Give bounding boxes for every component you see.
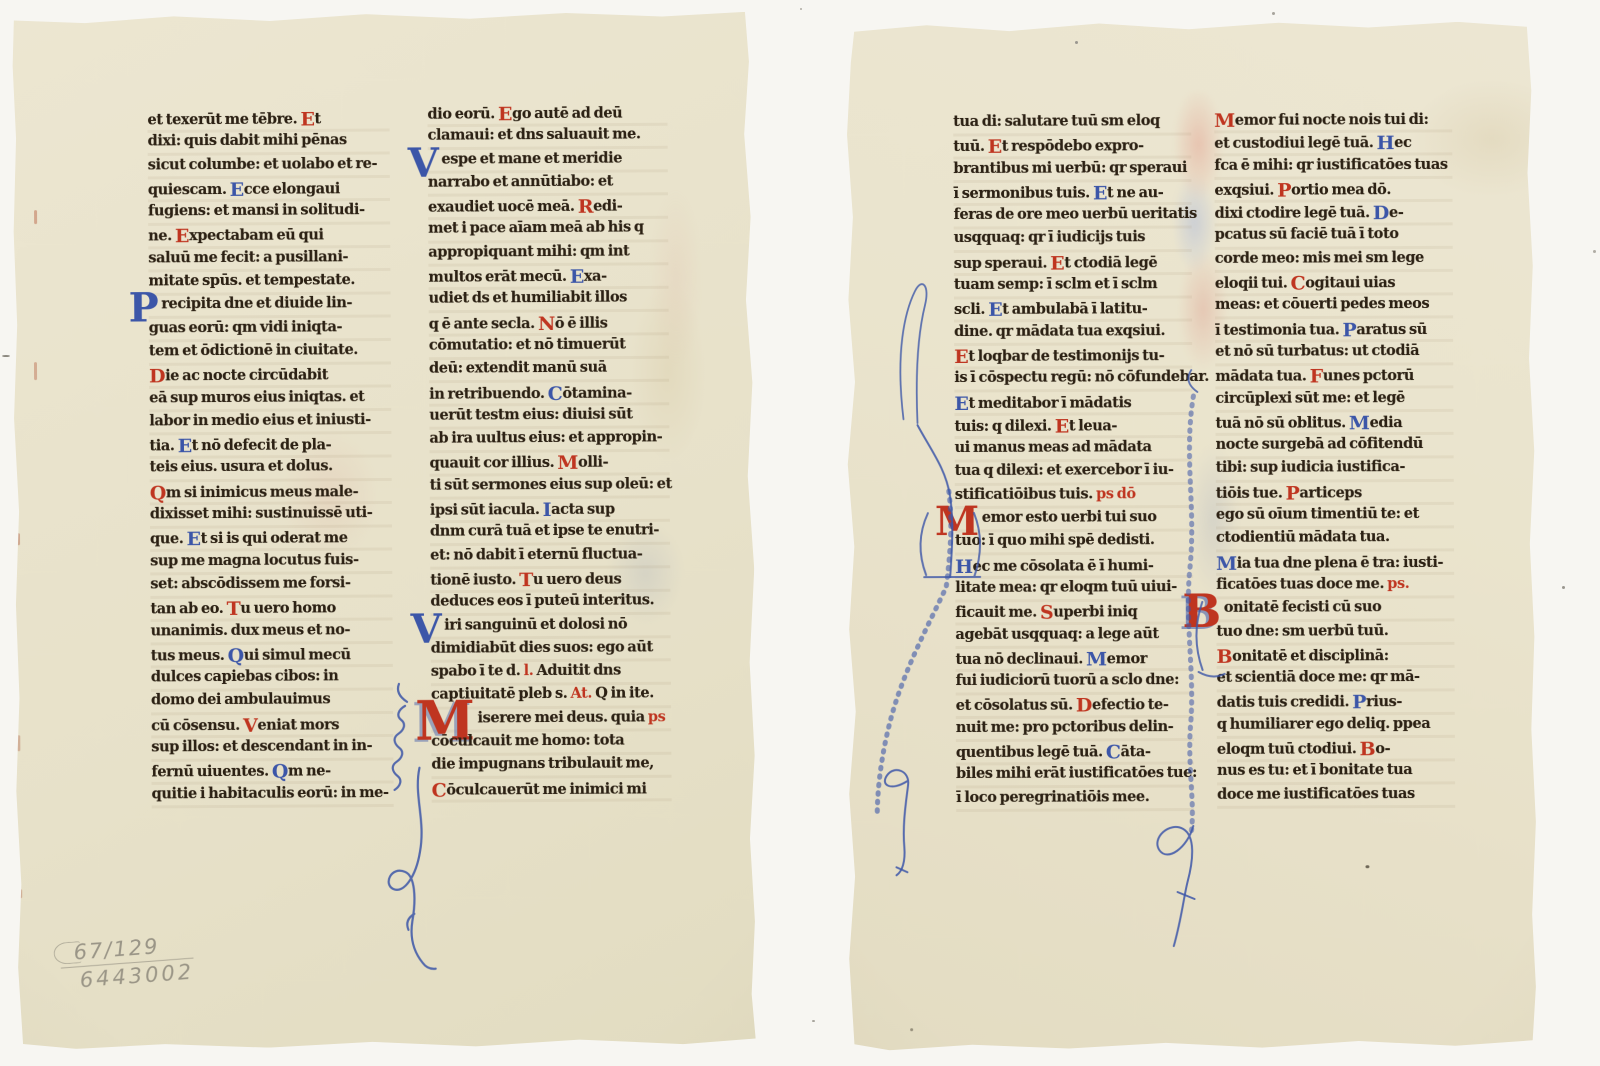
text-line: fui iudiciorū tuorū a sclo dne: [956, 671, 1194, 695]
ink-text: edia [1370, 414, 1403, 431]
ink-text: m si inimicus meus male- [166, 483, 358, 501]
ink-text: fca ē mihi: qr iustificatōes tuas [1214, 155, 1447, 173]
text-line: met i pace aīam meā ab his q [428, 219, 668, 244]
text-line: narrabo et annūtiabo: et [428, 172, 668, 197]
ink-text: articeps [1299, 484, 1361, 501]
text-line: corde meo: mis mei sm lege [1215, 249, 1453, 273]
text-line: deduces eos ī puteū interitus. [430, 591, 670, 616]
text-line: et nō sū turbatus: ut ctodiā [1215, 342, 1453, 366]
ink-text: tuam semp: ī sclm et ī sclm [954, 275, 1157, 293]
text-line: eloqm tuū ctodiui. Bo- [1217, 738, 1455, 762]
ink-text: u uero deus [533, 570, 621, 588]
text-line: sup illos: et descendant in in- [151, 737, 393, 762]
text-line: et: nō dabit ī eternū fluctua- [430, 545, 670, 570]
ink-text: eloqii tui. [1215, 275, 1291, 292]
ink-text: ec me cōsolata ē ī humi- [973, 557, 1154, 575]
text-line: Precipita dne et diuide lin- [149, 294, 391, 319]
text-line: mādata tua. Funes pctorū [1215, 365, 1453, 389]
text-line: datis tuis credidi. Prius- [1217, 691, 1455, 715]
ink-text: ortio mea dō. [1291, 181, 1391, 198]
ink-text: ui manus meas ad mādata [955, 438, 1152, 456]
dust-speck [800, 8, 802, 10]
text-line: scli. Et ambulabā ī latitu- [954, 298, 1192, 322]
ink-text: et nō sū turbatus: ut ctodiā [1215, 342, 1419, 360]
ink-text: agebāt usqquaq: a lege aūt [955, 625, 1158, 643]
ink-text: fui iudiciorū tuorū a sclo dne: [956, 671, 1180, 689]
ink-text: ipsi sūt iacula. [430, 501, 543, 519]
blue-initial: C [548, 382, 563, 404]
text-line: Vespe et mane et meridie [428, 149, 668, 174]
text-line: feras de ore meo uerbū ueritatis [954, 205, 1192, 229]
text-line: die impugnans tribulauit me, [431, 755, 671, 780]
text-line: tua nō declinaui. Memor [955, 648, 1193, 672]
ink-text: sicut columbe: et uolabo et re- [148, 155, 377, 173]
leaf-left-surface: et texerūt me tēbre. Etdixi: quis dabit … [11, 10, 757, 1051]
text-line: quauit cor illius. Molli- [430, 452, 670, 477]
ink-text: cōculcauit me homo: tota [431, 732, 624, 750]
blue-initial: M [1086, 648, 1107, 670]
ink-text: ōtamina- [562, 384, 631, 401]
text-line: tuū. Et respōdebo expro- [953, 135, 1191, 159]
dust-speck [1272, 12, 1275, 15]
red-initial: E [1050, 252, 1064, 274]
ink-text: ab ira uultus eius: et appropin- [429, 428, 662, 446]
text-column-left-1: et texerūt me tēbre. Etdixi: quis dabit … [147, 108, 393, 808]
red-initial: E [300, 108, 314, 130]
ink-text: mitate spūs. et tempestate. [148, 271, 355, 289]
text-line: et texerūt me tēbre. Et [147, 108, 389, 133]
ink-text: quauit cor illius. [430, 454, 558, 472]
text-line: tionē iusto. Tu uero deus [430, 568, 670, 593]
ink-text: q humiliarer ego deliq. ppea [1217, 715, 1431, 733]
ink-text: domo dei ambulauimus [151, 691, 330, 709]
text-line: quitie i habitaculis eorū: in me- [152, 784, 394, 809]
blue-initial: Q [228, 645, 244, 667]
text-column-right-1: tua di: salutare tuū sm eloqtuū. Et resp… [953, 112, 1194, 812]
ink-text: dnm curā tuā et ipse te enutri- [430, 522, 659, 540]
text-line: litate mea: qr eloqm tuū uiui- [955, 578, 1193, 602]
ink-text: olli- [578, 454, 608, 471]
ink-text: tionē iusto. [430, 571, 519, 589]
blue-initial: E [1093, 182, 1107, 204]
text-line: pcatus sū faciē tuā ī toto [1215, 225, 1453, 249]
text-line: fernū uiuentes. Qm ne- [151, 760, 393, 785]
ink-text: spabo ī te d. [431, 662, 524, 680]
parti-initial-large: B [1182, 584, 1221, 638]
text-line: meas: et cōuerti pedes meos [1215, 295, 1453, 319]
ink-text: udiet ds et humiliabit illos [429, 289, 627, 307]
blue-initial: E [570, 266, 584, 288]
ink-text: acta sup [551, 501, 615, 518]
text-line: domo dei ambulauimus [151, 690, 393, 715]
ink-text: set: abscōdissem me forsi- [150, 574, 350, 592]
text-line: sup me magna locutus fuis- [150, 551, 392, 576]
ink-text: et custodiui legē tuā. [1214, 134, 1376, 152]
ink-text: unanimis. dux meus et no- [151, 621, 351, 639]
text-line: doce me iustificatōes tuas [1217, 784, 1455, 808]
blue-initial: M [1349, 412, 1370, 434]
text-line: tiōis tue. Particeps [1216, 482, 1454, 506]
red-initial: P [1277, 179, 1291, 201]
text-line: Et loqbar de testimonijs tu- [954, 345, 1192, 369]
text-line: dixi ctodire legē tuā. De- [1215, 202, 1453, 226]
ink-text: t loqbar de testimonijs tu- [968, 347, 1164, 365]
text-line: eā sup muros eius iniqtas. et [149, 388, 391, 413]
ink-text: tuā nō sū oblitus. [1215, 414, 1349, 432]
ink-text: ōculcauerūt me inimici mi [446, 780, 646, 798]
text-line: tem et ōdictionē in ciuitate. [149, 341, 391, 366]
ink-text: tibi: sup iudicia iustifica- [1216, 459, 1405, 477]
blue-initial: E [230, 179, 244, 201]
text-line: ego sū oīum timentiū te: et [1216, 505, 1454, 529]
text-line: Et meditabor ī mādatis [954, 392, 1192, 416]
text-line: saluū me fecit: a pusillani- [148, 248, 390, 273]
ink-text: die impugnans tribulauit me, [431, 755, 654, 773]
dust-speck [812, 1020, 815, 1022]
text-line: nuit me: pro pctoribus delin- [956, 718, 1194, 742]
rubric-text: ps [648, 708, 666, 725]
ink-text: et scientiā doce me: qr mā- [1217, 668, 1420, 686]
ink-text: nuit me: pro pctoribus delin- [956, 718, 1174, 736]
text-line: et scientiā doce me: qr mā- [1217, 668, 1455, 692]
ink-text: dixisset mihi: sustinuissē uti- [150, 504, 373, 522]
text-line: que. Et si is qui oderat me [150, 527, 392, 552]
ink-text: tua di: salutare tuū sm eloq [953, 112, 1160, 130]
ink-text: et texerūt me tēbre. [147, 111, 300, 129]
ink-text: ne. [148, 228, 175, 245]
blue-initial: P [1342, 319, 1356, 341]
manuscript-photo: et texerūt me tēbre. Etdixi: quis dabit … [0, 0, 1600, 1066]
text-line: sicut columbe: et uolabo et re- [148, 155, 390, 180]
text-line: labor in medio eius et iniusti- [149, 411, 391, 436]
ink-text: nus es tu: et ī bonitate tua [1217, 761, 1412, 779]
text-line: exaudiet uocē meā. Redi- [428, 195, 668, 220]
ink-text: unes pctorū [1323, 367, 1414, 384]
ink-text: tuū. [953, 138, 987, 155]
ink-speck [1365, 865, 1369, 868]
ink-text: xa- [584, 268, 607, 285]
ink-text: sup illos: et descendant in in- [151, 737, 372, 755]
text-line: multos erāt mecū. Exa- [428, 265, 668, 290]
ink-text: que. [150, 531, 187, 548]
ink-text: tuis: q dilexi. [954, 417, 1054, 434]
text-line: circūplexi sūt me: et legē [1215, 388, 1453, 412]
ink-text: dixi: quis dabit mihi pēnas [148, 132, 347, 150]
manuscript-leaf-left: et texerūt me tēbre. Etdixi: quis dabit … [11, 10, 757, 1051]
blue-initial: M [1216, 552, 1237, 574]
ink-text: brantibus mi uerbū: qr speraui [953, 159, 1187, 177]
text-line: tuis: q dilexi. Et leua- [954, 415, 1192, 439]
ink-text: ie ac nocte circūdabit [165, 367, 328, 385]
ink-text: iserere mei deus. quia [477, 708, 648, 726]
text-line: fca ē mihi: qr iustificatōes tuas [1214, 155, 1452, 179]
text-line: spabo ī te d. l. Aduitit dns [431, 661, 671, 686]
text-line: sup speraui. Et ctodiā legē [954, 252, 1192, 276]
text-line: udiet ds et humiliabit illos [429, 289, 669, 314]
text-line: dio eorū. Ego autē ad deū [427, 102, 667, 127]
ink-text: uerūt testm eius: diuisi sūt [429, 405, 632, 423]
ink-text: tiōis tue. [1216, 484, 1286, 501]
text-column-left-2: dio eorū. Ego autē ad deūclamaui: et dns… [427, 102, 671, 802]
text-line: cōculcauit me homo: tota [431, 731, 671, 756]
blue-initial: D [1373, 202, 1389, 224]
leaf-right-surface: tua di: salutare tuū sm eloqtuū. Et resp… [844, 18, 1538, 1051]
text-line: Memor esto uerbi tui suo [955, 508, 1193, 532]
text-column-right-2: Memor fui nocte nois tui di:et custodiui… [1214, 109, 1455, 809]
red-initial: P [1286, 482, 1300, 504]
text-line: clamaui: et dns saluauit me. [428, 126, 668, 151]
ink-text: efectio te- [1092, 697, 1169, 714]
manuscript-leaf-right: tua di: salutare tuū sm eloqtuū. Et resp… [844, 18, 1538, 1051]
text-line: q humiliarer ego deliq. ppea [1217, 715, 1455, 739]
text-line: Die ac nocte circūdabit [149, 364, 391, 389]
red-initial: M [557, 452, 578, 474]
rubric-text: At. [570, 685, 595, 702]
ink-text: onitatē fecisti cū suo [1224, 598, 1382, 616]
text-line: unanimis. dux meus et no- [151, 620, 393, 645]
ink-text: dimidiabūt dies suos: ego aūt [431, 638, 653, 656]
ink-text: et cōsolatus sū. [956, 697, 1076, 715]
ink-text: clamaui: et dns saluauit me. [428, 126, 641, 144]
ink-text: dine. qr mādata tua exqsiui. [954, 322, 1165, 340]
ink-text: dixi ctodire legē tuā. [1215, 204, 1373, 222]
red-edge-mark [17, 533, 20, 545]
ink-text: edi- [593, 198, 622, 215]
ink-text: pcatus sū faciē tuā ī toto [1215, 226, 1399, 244]
text-line: tan ab eo. Tu uero homo [150, 597, 392, 622]
ink-text: doce me iustificatōes tuas [1217, 785, 1415, 803]
text-line: ipsi sūt iacula. Iacta sup [430, 498, 670, 523]
dust-speck [2, 355, 10, 357]
text-line: agebāt usqquaq: a lege aūt [955, 625, 1193, 649]
ink-text: Aduitit dns [536, 662, 620, 680]
ink-text: ficatōes tuas doce me. [1216, 575, 1387, 593]
ink-text: teis eius. usura et dolus. [150, 458, 333, 476]
ink-text: aratus sū [1356, 321, 1427, 338]
ink-text: emor fui nocte nois tui di: [1235, 111, 1429, 129]
rubric-text: l. [524, 662, 537, 679]
text-line: fugiens: et mansi in solitudi- [148, 201, 390, 226]
blue-initial: C [1106, 741, 1121, 763]
text-line: cōmutatio: et nō timuerūt [429, 335, 669, 360]
ink-text: in retribuendo. [429, 385, 548, 403]
ink-text: circūplexi sūt me: et legē [1215, 389, 1405, 407]
ink-text: t leua- [1069, 417, 1117, 434]
red-edge-mark [34, 362, 37, 380]
text-line: ī loco peregrinatiōis mee. [956, 788, 1194, 812]
ink-text: ia tua dne plena ē tra: iusti- [1237, 554, 1443, 572]
text-line: Qm si inimicus meus male- [150, 481, 392, 506]
red-initial: C [1291, 273, 1306, 295]
red-initial: S [1040, 602, 1053, 624]
red-initial: C [432, 779, 447, 801]
text-line: Bonitatē et disciplinā: [1216, 645, 1454, 669]
text-line: Hec me cōsolata ē ī humi- [955, 555, 1193, 579]
ink-text: et: nō dabit ī eternū fluctua- [430, 545, 642, 563]
ink-text: rius- [1366, 694, 1402, 711]
text-line: ficatōes tuas doce me. ps. [1216, 575, 1454, 599]
pencil-inscription: 67/129 6443002 [59, 931, 195, 995]
ink-text: feras de ore meo uerbū ueritatis [954, 205, 1197, 223]
ink-text: t ctodiā legē [1064, 254, 1157, 271]
ink-text: t ne au- [1107, 184, 1163, 201]
text-line: tuo: ī quo mihi spē dedisti. [955, 531, 1193, 555]
ink-text: t si is qui oderat me [201, 530, 348, 548]
text-line: nocte surgebā ad cōfitendū [1216, 435, 1454, 459]
ink-text: exqsiui. [1214, 182, 1277, 199]
ink-text: cū cōsensu. [151, 717, 243, 735]
text-line: nus es tu: et ī bonitate tua [1217, 761, 1455, 785]
ink-text: eā sup muros eius iniqtas. et [149, 388, 364, 406]
red-initial: D [149, 366, 165, 388]
ink-text: fernū uiuentes. [151, 763, 271, 781]
text-line: biles mihi erāt iustificatōes tue: [956, 764, 1194, 788]
rubric-text: ps. [1387, 575, 1409, 592]
blue-initial: H [1377, 132, 1395, 154]
red-initial: Q [150, 482, 166, 504]
ink-text: o- [1375, 740, 1390, 757]
ink-text: quitie i habitaculis eorū: in me- [152, 784, 389, 802]
ink-text: go autē ad deū [512, 105, 622, 123]
text-line: brantibus mi uerbū: qr speraui [953, 159, 1191, 183]
ink-text: t ambulabā ī latitu- [1002, 301, 1147, 319]
text-line: dulces capiebas cibos: in [151, 667, 393, 692]
ink-text: dio eorū. [427, 105, 498, 122]
ink-text: recipita dne et diuide lin- [161, 295, 352, 313]
text-line: mitate spūs. et tempestate. [148, 271, 390, 296]
ink-text: eloqm tuū ctodiui. [1217, 740, 1360, 758]
ink-text: ec [1394, 134, 1411, 151]
text-line: tuo dne: sm uerbū tuū. [1216, 621, 1454, 645]
text-line: deū: extendit manū suā [429, 359, 669, 384]
ink-text: ui simul mecū [244, 646, 351, 664]
text-line: ab ira uultus eius: et appropin- [429, 428, 669, 453]
ink-text: biles mihi erāt iustificatōes tue: [956, 764, 1197, 782]
text-line: ī testimonia tua. Paratus sū [1215, 319, 1453, 343]
red-initial: F [1310, 366, 1323, 388]
red-edge-mark [19, 889, 22, 898]
text-line: dimidiabūt dies suos: ego aūt [431, 638, 671, 663]
ink-text: quentibus legē tuā. [956, 743, 1106, 761]
text-line: set: abscōdissem me forsi- [150, 574, 392, 599]
ink-text: t meditabor ī mādatis [968, 394, 1131, 412]
ink-text: u uero homo [240, 600, 336, 618]
red-initial: D [1076, 695, 1092, 717]
ink-text: tus meus. [151, 647, 228, 664]
ink-text: ogitaui uias [1305, 274, 1395, 291]
text-line: ui manus meas ad mādata [955, 438, 1193, 462]
ink-text: tia. [149, 437, 177, 454]
text-line: in retribuendo. Cōtamina- [429, 382, 669, 407]
ink-text: xpectabam eū qui [189, 227, 324, 245]
ink-text: tua q dilexi: et exercebor ī iu- [955, 462, 1174, 480]
dust-speck [1593, 250, 1596, 253]
text-line: et cōsolatus sū. Defectio te- [956, 694, 1194, 718]
blue-initial: E [187, 528, 201, 550]
ink-text: ō ē illis [555, 314, 608, 331]
text-line: q ē ante secla. Nō ē illis [429, 312, 669, 337]
ink-text: nocte surgebā ad cōfitendū [1216, 435, 1423, 453]
ink-text: ego sū oīum timentiū te: et [1216, 505, 1419, 523]
text-line: stificatiōibus tuis. ps dō [955, 485, 1193, 509]
red-initial: E [988, 136, 1002, 158]
ink-text: multos erāt mecū. [428, 268, 569, 286]
blue-initial: Q [272, 761, 288, 783]
text-line: usqquaq: qr ī iudicijs tuis [954, 228, 1192, 252]
red-initial: E [1055, 415, 1069, 437]
text-line: quiescam. Ecce elongaui [148, 178, 390, 203]
text-line: dixi: quis dabit mihi pēnas [148, 131, 390, 156]
ink-text: narrabo et annūtiabo: et [428, 172, 613, 190]
ink-text: guas eorū: qm vidi iniqta- [149, 318, 342, 336]
ink-text: usqquaq: qr ī iudicijs tuis [954, 229, 1146, 247]
rubric-text: ps dō [1096, 485, 1136, 502]
text-line: Memor fui nocte nois tui di: [1214, 109, 1452, 133]
red-initial: E [175, 226, 189, 248]
ink-text: emor esto uerbi tui suo [982, 508, 1157, 526]
ink-text: exaudiet uocē meā. [428, 198, 578, 216]
text-line: ctodientiū mādata tua. [1216, 528, 1454, 552]
text-line: tua di: salutare tuū sm eloq [953, 112, 1191, 136]
ink-text: e- [1389, 204, 1404, 221]
ink-text: datis tuis credidi. [1217, 694, 1353, 712]
ink-speck [910, 1028, 913, 1031]
ink-text: cōmutatio: et nō timuerūt [429, 335, 626, 353]
ink-text: dulces capiebas cibos: in [151, 667, 339, 685]
ink-text: sup speraui. [954, 254, 1050, 271]
ink-text: Q in ite. [595, 685, 654, 702]
ink-text: appropiquant mihi: qm int [428, 242, 629, 260]
text-line: eloqii tui. Cogitaui uias [1215, 272, 1453, 296]
ink-text: onitatē et disciplinā: [1232, 647, 1389, 665]
text-line: ficauit me. Superbi iniq [955, 601, 1193, 625]
ink-text: is ī cōspectu regū: nō cōfundebar. [954, 368, 1209, 386]
red-initial: T [519, 569, 533, 591]
red-initial: N [538, 313, 555, 335]
ink-text: fugiens: et mansi in solitudi- [148, 201, 365, 219]
ink-text: cce elongaui [244, 180, 340, 198]
ink-text: ctodientiū mādata tua. [1216, 528, 1390, 546]
text-line: tuā nō sū oblitus. Media [1215, 412, 1453, 436]
red-initial: M [1214, 110, 1235, 132]
text-line: Bonitatē fecisti cū suo [1216, 598, 1454, 622]
text-line: ne. Expectabam eū qui [148, 224, 390, 249]
ink-text: ī testimonia tua. [1215, 321, 1342, 339]
ink-text: corde meo: mis mei sm lege [1215, 249, 1424, 267]
ink-text: tem et ōdictionē in ciuitate. [149, 341, 358, 359]
ink-text: sup me magna locutus fuis- [150, 551, 359, 569]
red-edge-mark [17, 735, 20, 751]
ink-text: āta- [1121, 743, 1151, 760]
ink-text: ī sermonibus tuis. [953, 184, 1093, 202]
ink-text: espe et mane et meridie [441, 149, 622, 167]
blue-initial: P [1352, 692, 1366, 714]
ink-text: tuo dne: sm uerbū tuū. [1216, 622, 1388, 640]
text-line: dine. qr mādata tua exqsiui. [954, 322, 1192, 346]
ink-text: emor [1107, 650, 1147, 667]
red-initial: R [578, 196, 594, 218]
red-initial: V [243, 714, 257, 736]
text-line: cū cōsensu. Veniat mors [151, 714, 393, 739]
ink-text: ti sūt sermones eius sup oleū: et [430, 475, 672, 493]
text-line: ti sūt sermones eius sup oleū: et [430, 475, 670, 500]
text-line: guas eorū: qm vidi iniqta- [149, 318, 391, 343]
ink-text: t respōdebo expro- [1002, 137, 1144, 155]
ink-text: mādata tua. [1215, 368, 1309, 385]
ink-text: eniat mors [257, 716, 339, 733]
ink-text: met i pace aīam meā ab his q [428, 219, 644, 237]
ink-text: t [314, 110, 320, 127]
